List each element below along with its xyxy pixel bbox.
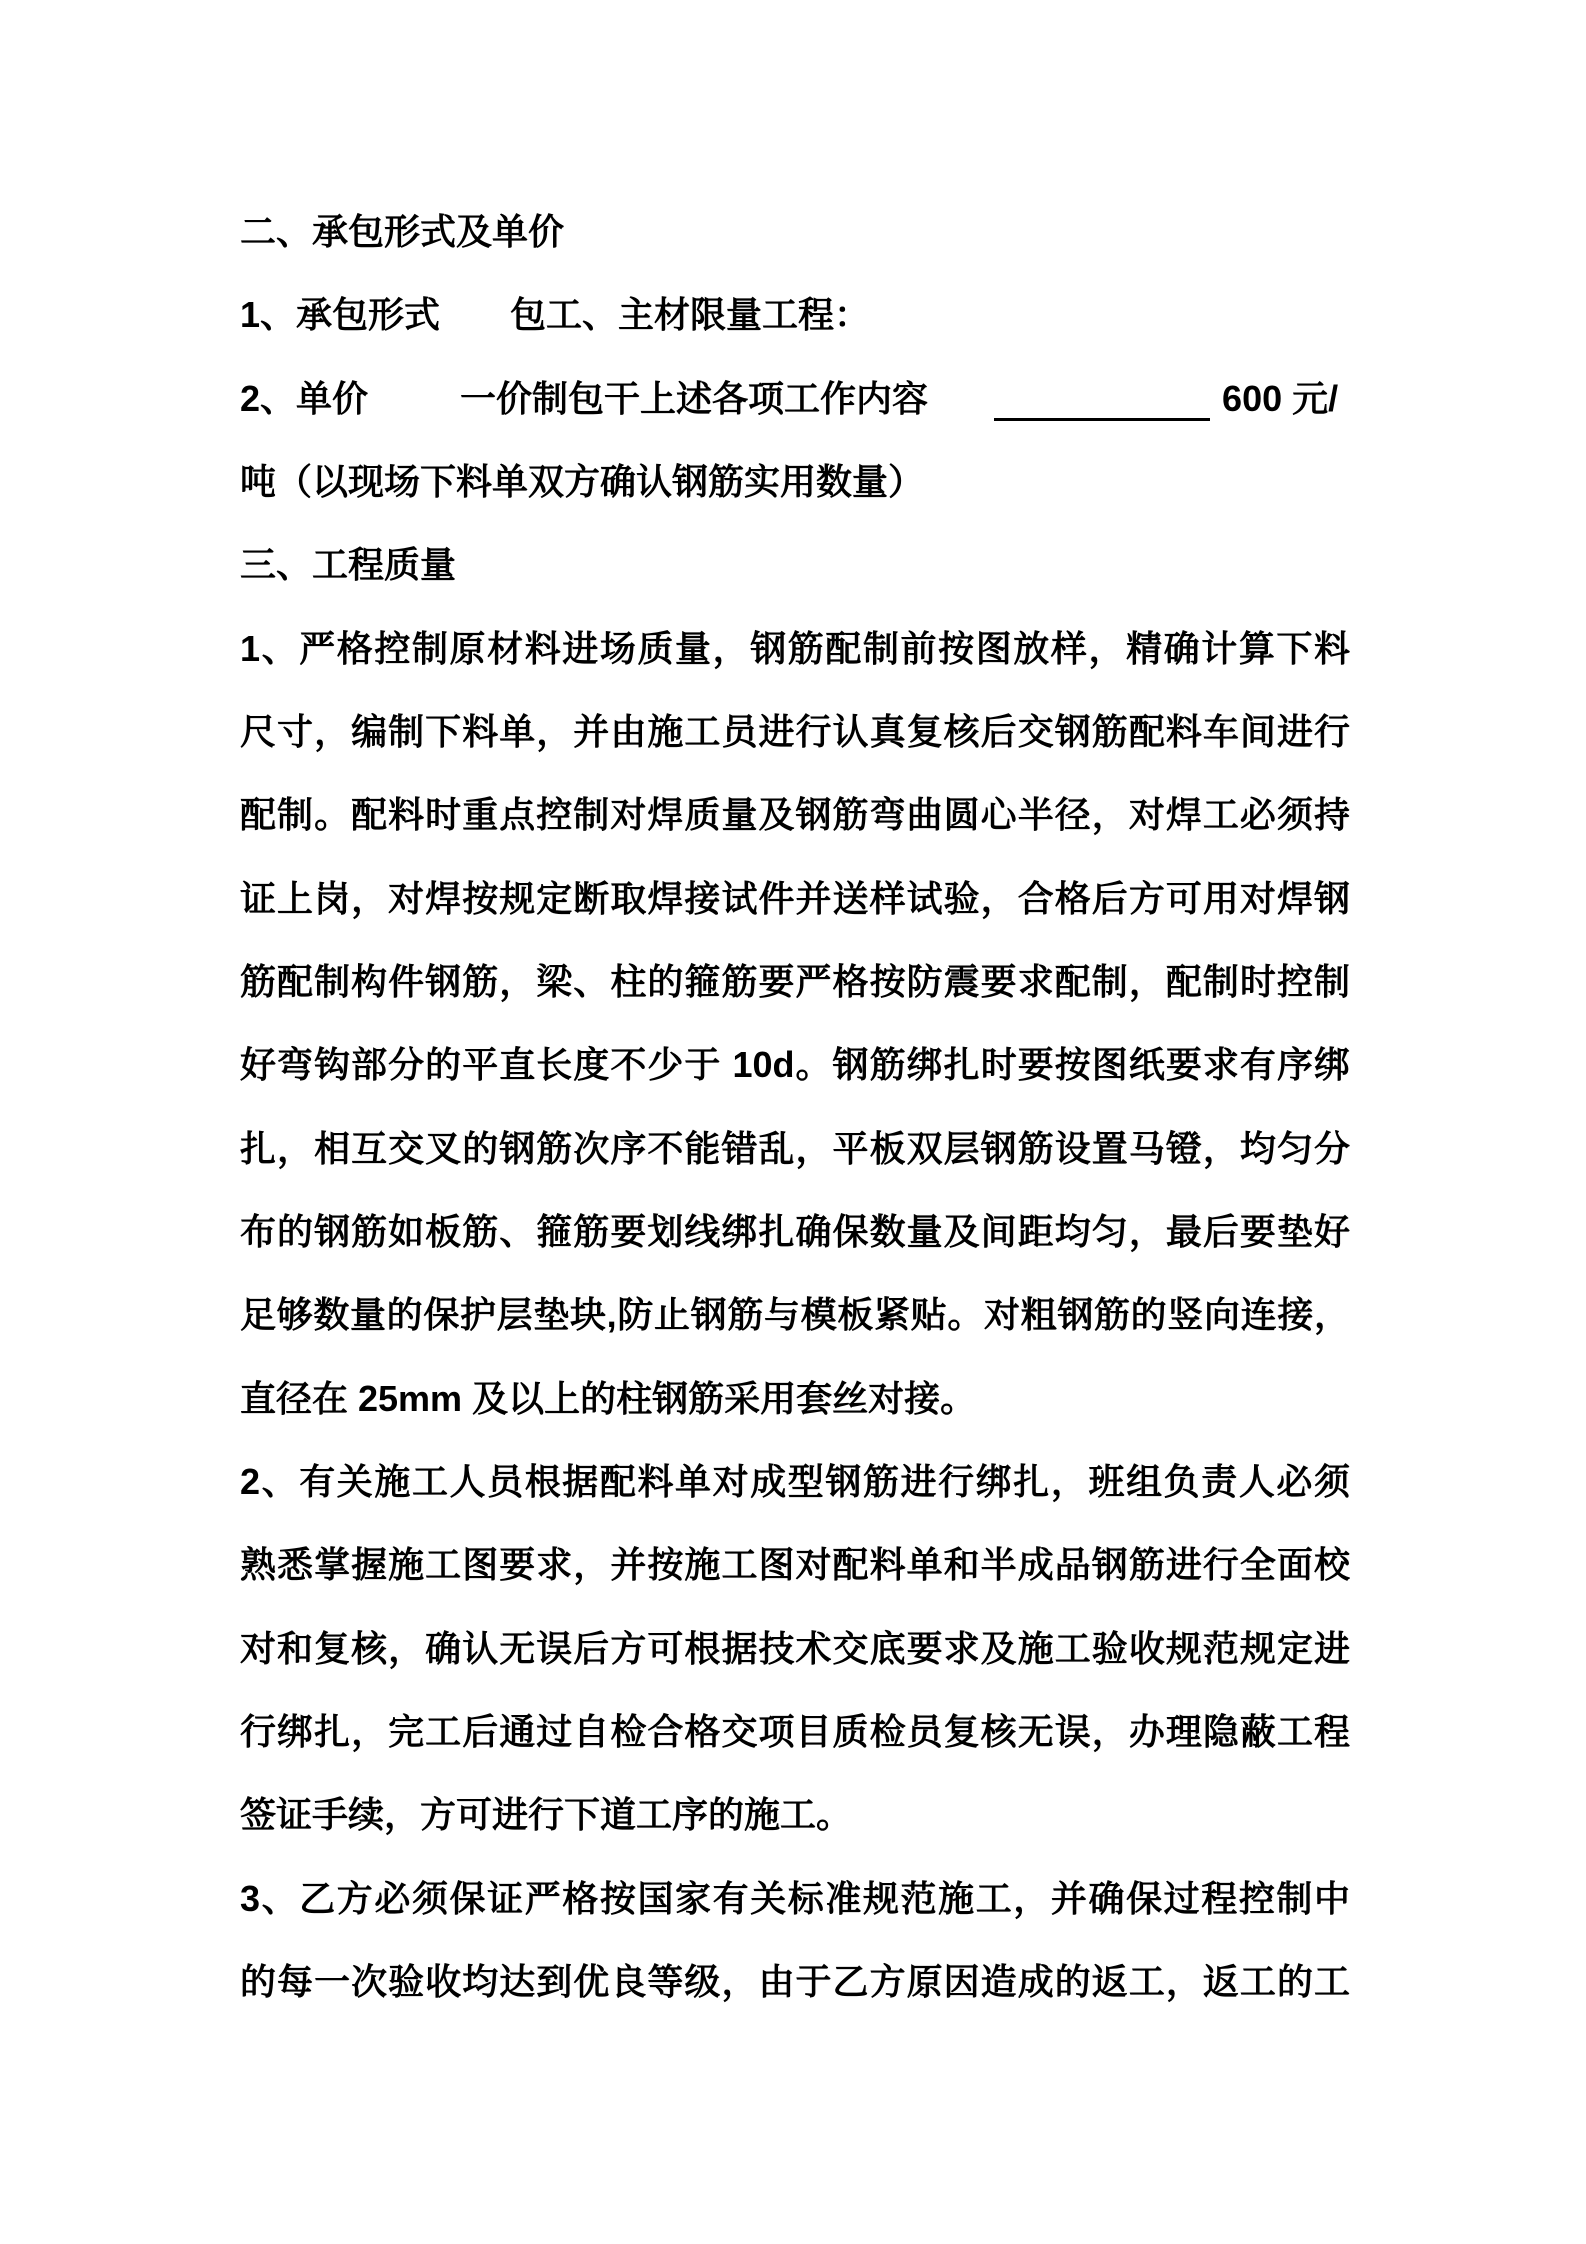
document-page: 二、承包形式及单价 1、承包形式包工、主材限量工程： 2、单价一价制包干上述各项… xyxy=(0,0,1586,2244)
item-2-value: 一价制包干上述各项工作内容 xyxy=(460,378,928,419)
item-1-value: 包工、主材限量工程： xyxy=(510,294,870,335)
contract-text-block: 二、承包形式及单价 1、承包形式包工、主材限量工程： 2、单价一价制包干上述各项… xyxy=(240,190,1350,2023)
clause-2-line-2: 熟悉掌握施工图要求，并按施工图对配料单和半成品钢筋进行全面校 xyxy=(240,1523,1350,1606)
clause-1-line-3: 配制。配料时重点控制对焊质量及钢筋弯曲圆心半径，对焊工必须持 xyxy=(240,773,1350,856)
clause-1-line-2: 尺寸，编制下料单，并由施工员进行认真复核后交钢筋配料车间进行 xyxy=(240,690,1350,773)
clause-3-line-1: 3、乙方必须保证严格按国家有关标准规范施工，并确保过程控制中 xyxy=(240,1857,1350,1940)
clause-1-line-1: 1、严格控制原材料进场质量，钢筋配制前按图放样，精确计算下料 xyxy=(240,607,1350,690)
clause-2-line-3: 对和复核，确认无误后方可根据技术交底要求及施工验收规范规定进 xyxy=(240,1607,1350,1690)
clause-2-line-1: 2、有关施工人员根据配料单对成型钢筋进行绑扎，班组负责人必须 xyxy=(240,1440,1350,1523)
clause-1-line-5: 筋配制构件钢筋，梁、柱的箍筋要严格按防震要求配制，配制时控制 xyxy=(240,940,1350,1023)
clause-1-line-8: 布的钢筋如板筋、箍筋要划线绑扎确保数量及间距均匀，最后要垫好 xyxy=(240,1190,1350,1273)
item-2-continuation: 吨（以现场下料单双方确认钢筋实用数量） xyxy=(240,440,1350,523)
item-1-line: 1、承包形式包工、主材限量工程： xyxy=(240,273,1350,356)
clause-1-line-9: 足够数量的保护层垫块,防止钢筋与模板紧贴。对粗钢筋的竖向连接， xyxy=(240,1273,1350,1356)
price-blank-underline xyxy=(994,418,1210,421)
section-3-heading: 三、工程质量 xyxy=(240,523,1350,606)
unit-price-value: 600 元/ xyxy=(1222,378,1338,419)
clause-1-line-10: 直径在 25mm 及以上的柱钢筋采用套丝对接。 xyxy=(240,1357,1350,1440)
clause-1-line-7: 扎，相互交叉的钢筋次序不能错乱，平板双层钢筋设置马镫，均匀分 xyxy=(240,1107,1350,1190)
clause-2-line-4: 行绑扎，完工后通过自检合格交项目质检员复核无误，办理隐蔽工程 xyxy=(240,1690,1350,1773)
item-2-label: 2、单价 xyxy=(240,378,368,419)
clause-1-line-6: 好弯钩部分的平直长度不少于 10d。钢筋绑扎时要按图纸要求有序绑 xyxy=(240,1023,1350,1106)
clause-3-line-2: 的每一次验收均达到优良等级，由于乙方原因造成的返工，返工的工 xyxy=(240,1940,1350,2023)
clause-1-line-4: 证上岗，对焊按规定断取焊接试件并送样试验，合格后方可用对焊钢 xyxy=(240,857,1350,940)
section-2-heading: 二、承包形式及单价 xyxy=(240,190,1350,273)
clause-2-line-5: 签证手续，方可进行下道工序的施工。 xyxy=(240,1773,1350,1856)
item-2-line: 2、单价一价制包干上述各项工作内容600 元/ xyxy=(240,357,1350,440)
item-1-label: 1、承包形式 xyxy=(240,294,440,335)
